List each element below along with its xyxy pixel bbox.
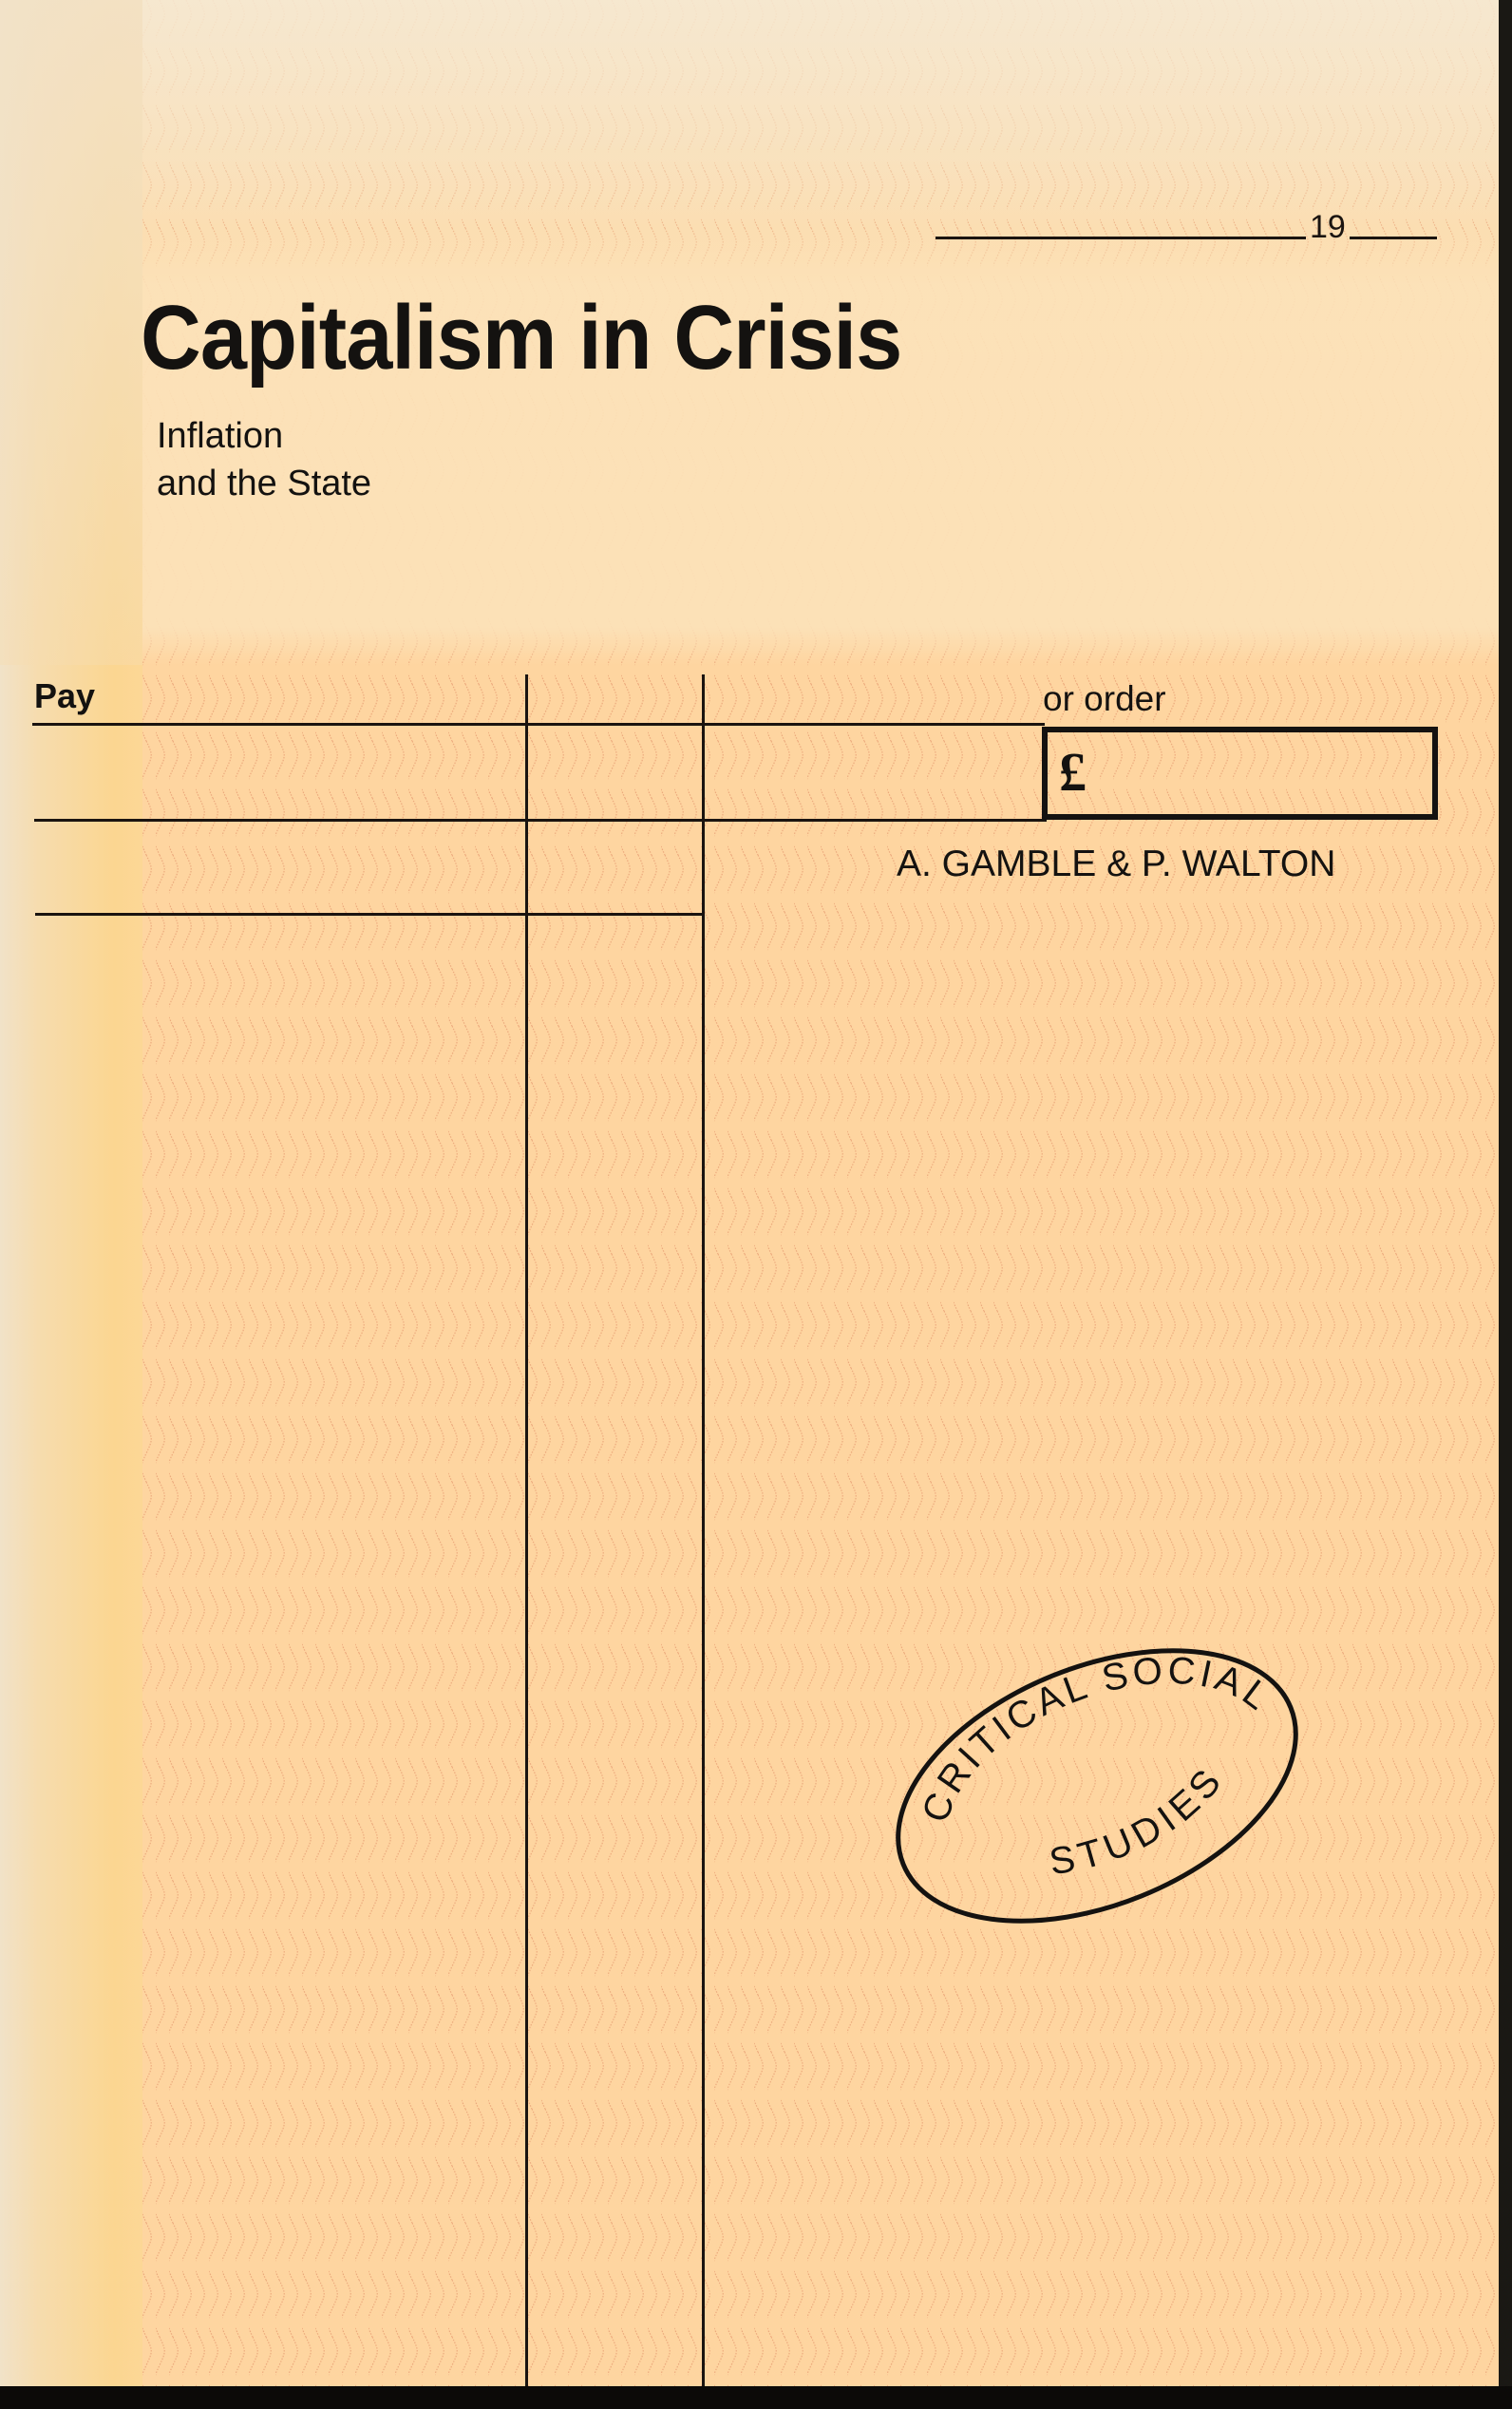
- book-title: Capitalism in Crisis: [141, 293, 901, 384]
- book-cover: 19 Capitalism in Crisis Inflation and th…: [0, 0, 1499, 2386]
- counterfoil-line: [35, 913, 705, 916]
- date-year-line: [1350, 237, 1437, 239]
- amount-words-line: [34, 819, 1047, 822]
- scan-right-edge: [1499, 0, 1512, 2409]
- authors: A. GAMBLE & P. WALTON: [897, 844, 1335, 885]
- book-subtitle-line1: Inflation: [157, 418, 283, 454]
- date-field: 19: [936, 211, 1437, 243]
- pound-sign-icon: £: [1059, 740, 1087, 804]
- payee-line: [32, 723, 1045, 726]
- date-line: [936, 237, 1306, 239]
- pay-label: Pay: [34, 676, 95, 716]
- column-divider-1: [525, 674, 528, 2386]
- amount-box: £: [1042, 727, 1438, 820]
- book-subtitle-line2: and the State: [157, 465, 371, 502]
- left-strip-fade: [0, 0, 142, 665]
- critical-social-studies-stamp: CRITICAL SOCIAL STUDIES: [869, 1643, 1325, 1928]
- or-order-label: or order: [1043, 679, 1166, 719]
- stamp-top-text: CRITICAL SOCIAL: [915, 1649, 1280, 1828]
- scan-bottom-edge: [0, 2386, 1512, 2409]
- date-year-prefix: 19: [1306, 211, 1350, 243]
- column-divider-2: [702, 674, 705, 2386]
